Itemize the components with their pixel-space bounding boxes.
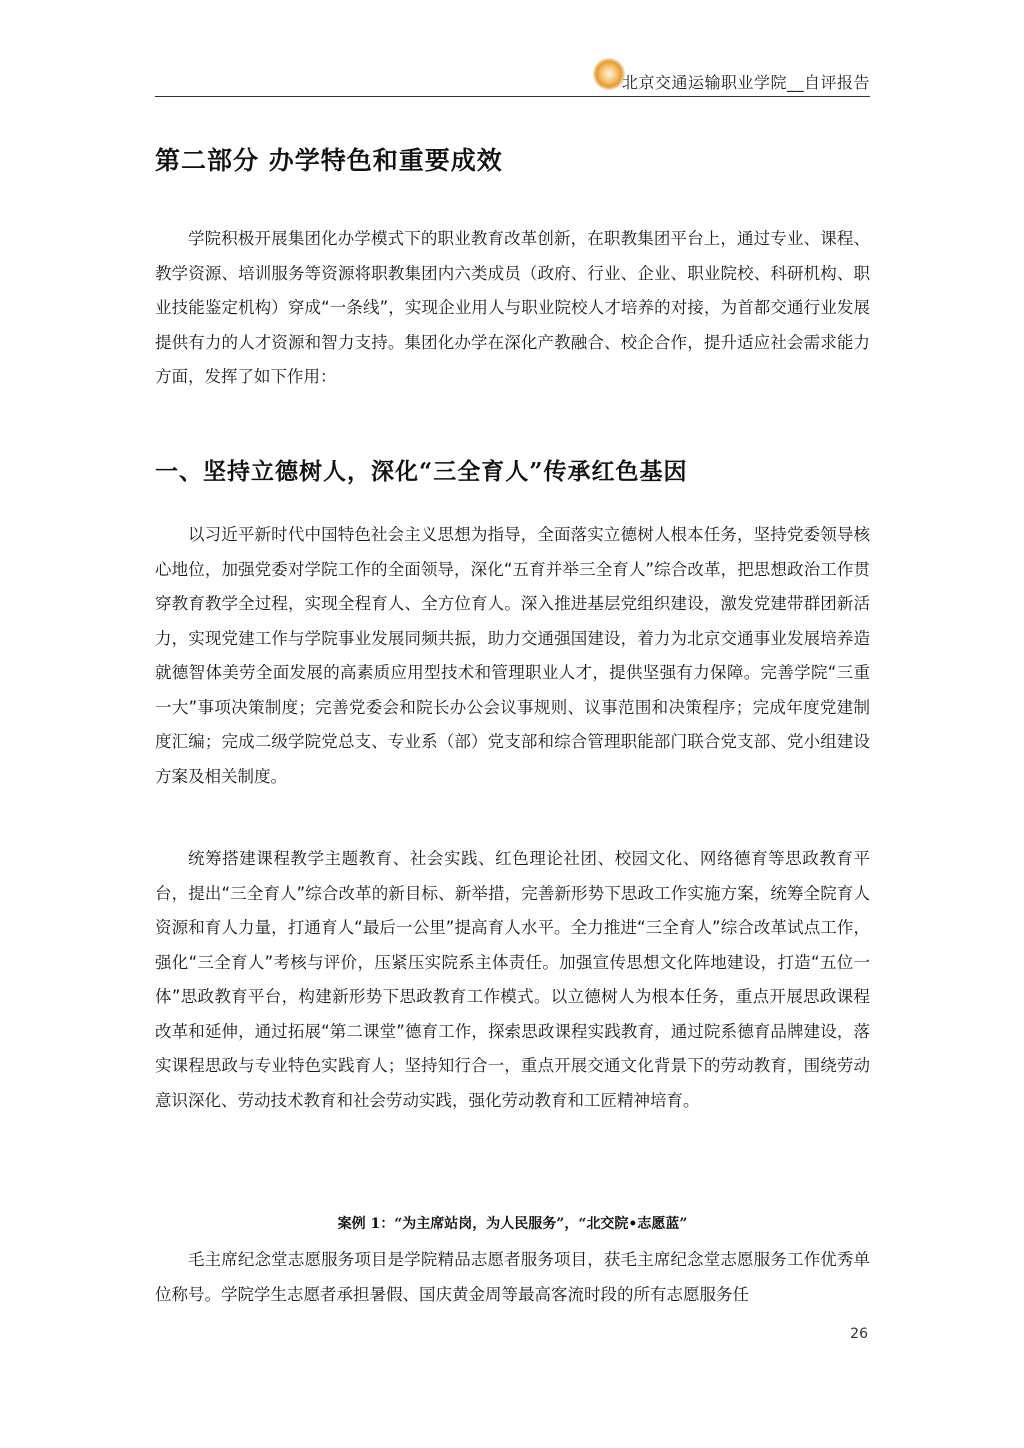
section-heading: 一、坚持立德树人，深化“三全育人”传承红色基因 <box>155 453 687 486</box>
body-paragraph: 以习近平新时代中国特色社会主义思想为指导，全面落实立德树人根本任务，坚持党委领导… <box>155 518 870 794</box>
body-paragraph: 统筹搭建课程教学主题教育、社会实践、红色理论社团、校园文化、网络德育等思政教育平… <box>155 842 870 1118</box>
case-title: 案例 1：“为主席站岗，为人民服务”，“北交院•志愿蓝” <box>155 1213 870 1233</box>
page-number: 26 <box>850 1326 868 1342</box>
page-title: 第二部分 办学特色和重要成效 <box>155 141 503 177</box>
intro-paragraph: 学院积极开展集团化办学模式下的职业教育改革创新，在职教集团平台上，通过专业、课程… <box>155 222 870 395</box>
case-paragraph: 毛主席纪念堂志愿服务项目是学院精品志愿者服务项目，获毛主席纪念堂志愿服务工作优秀… <box>155 1243 870 1312</box>
page-header: 北京交通运输职业学院__自评报告 <box>155 58 870 97</box>
header-title: 北京交通运输职业学院__自评报告 <box>622 70 870 93</box>
college-emblem-icon <box>593 58 625 90</box>
